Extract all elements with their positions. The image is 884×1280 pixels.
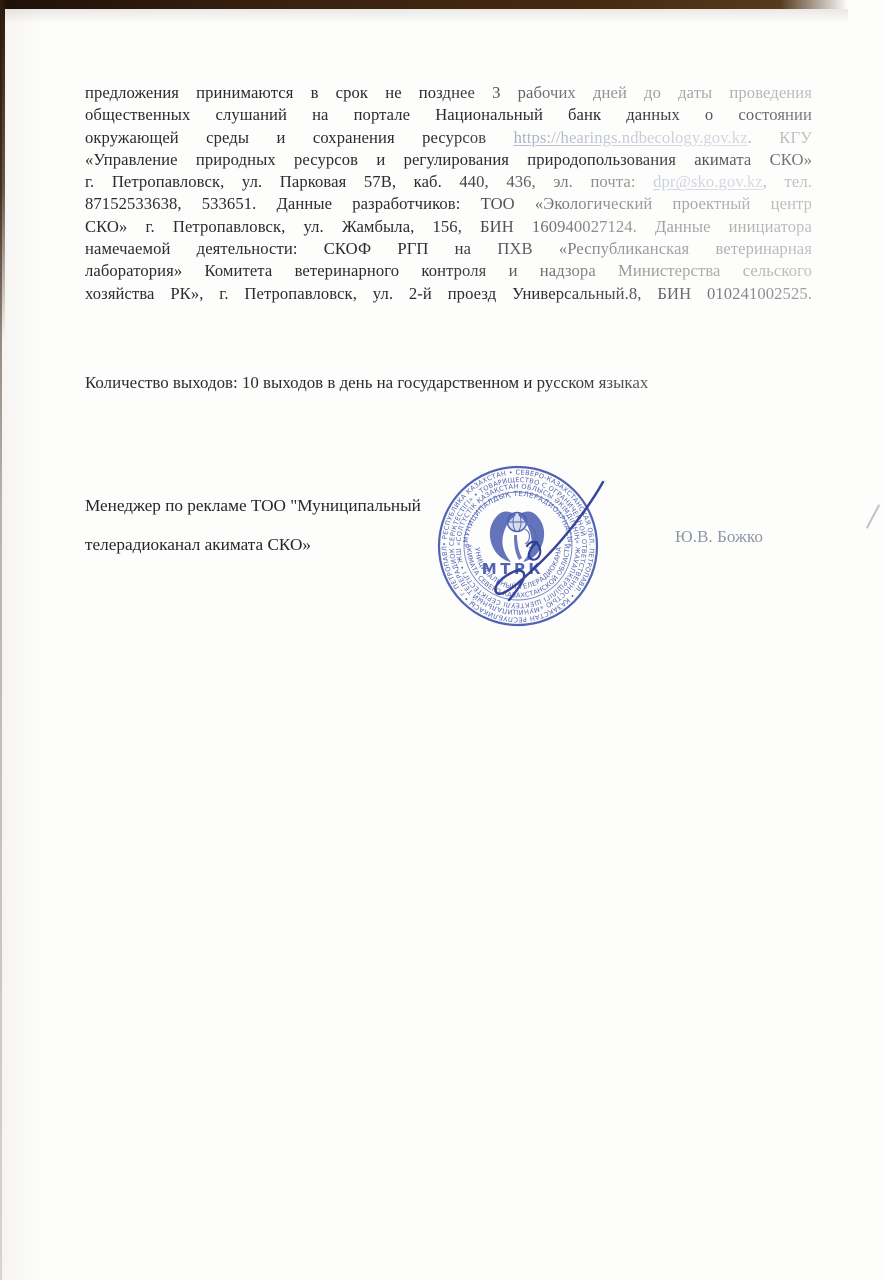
body-line: г. Петропавловск, ул. Парковая 57В, каб.… bbox=[85, 171, 812, 193]
body-line-text: «Управление природных ресурсов и регулир… bbox=[85, 150, 812, 169]
signer-role-line1: Менеджер по рекламе ТОО "Муниципальный bbox=[85, 496, 421, 516]
body-line: лаборатория» Комитета ветеринарного конт… bbox=[85, 260, 812, 282]
handwritten-signature bbox=[470, 458, 620, 638]
body-line-text: 87152533638, 533651. Данные разработчико… bbox=[85, 194, 812, 213]
main-paragraph: предложения принимаются в срок не поздне… bbox=[85, 82, 812, 305]
body-line: 87152533638, 533651. Данные разработчико… bbox=[85, 193, 812, 215]
page-edge-top-shadow bbox=[0, 9, 848, 23]
pen-mark-right-edge bbox=[866, 504, 880, 529]
broadcast-count-line: Количество выходов: 10 выходов в день на… bbox=[85, 373, 815, 393]
body-line: общественных слушаний на портале Национа… bbox=[85, 104, 812, 126]
signer-name: Ю.В. Божко bbox=[675, 527, 763, 547]
body-line-text: СКО» г. Петропавловск, ул. Жамбыла, 156,… bbox=[85, 217, 812, 236]
body-line-text: предложения принимаются в срок не поздне… bbox=[85, 83, 812, 102]
body-line-text: , тел. bbox=[763, 172, 812, 191]
body-line: «Управление природных ресурсов и регулир… bbox=[85, 149, 812, 171]
body-line-text: . КГУ bbox=[748, 128, 812, 147]
page-edge-top bbox=[0, 0, 848, 9]
body-line: намечаемой деятельности: СКОФ РГП на ПХВ… bbox=[85, 238, 812, 260]
body-line: предложения принимаются в срок не поздне… bbox=[85, 82, 812, 104]
body-line: СКО» г. Петропавловск, ул. Жамбыла, 156,… bbox=[85, 216, 812, 238]
body-line: хозяйства РК», г. Петропавловск, ул. 2-й… bbox=[85, 283, 812, 305]
body-line-text: общественных слушаний на портале Национа… bbox=[85, 105, 812, 124]
signer-role-line2: телерадиоканал акимата СКО» bbox=[85, 535, 311, 555]
body-line-text: намечаемой деятельности: СКОФ РГП на ПХВ… bbox=[85, 239, 812, 258]
body-line-text: окружающей среды и сохранения ресурсов bbox=[85, 128, 514, 147]
email-link[interactable]: dpr@sko.gov.kz bbox=[653, 172, 763, 191]
document-page: предложения принимаются в срок не поздне… bbox=[0, 0, 884, 1280]
hearings-portal-link[interactable]: https://hearings.ndbecology.gov.kz bbox=[514, 128, 748, 147]
page-edge-left-thin bbox=[0, 0, 2, 1280]
body-line: окружающей среды и сохранения ресурсов h… bbox=[85, 127, 812, 149]
body-line-text: хозяйства РК», г. Петропавловск, ул. 2-й… bbox=[85, 284, 812, 303]
body-line-text: г. Петропавловск, ул. Парковая 57В, каб.… bbox=[85, 172, 653, 191]
body-line-text: лаборатория» Комитета ветеринарного конт… bbox=[85, 261, 812, 280]
